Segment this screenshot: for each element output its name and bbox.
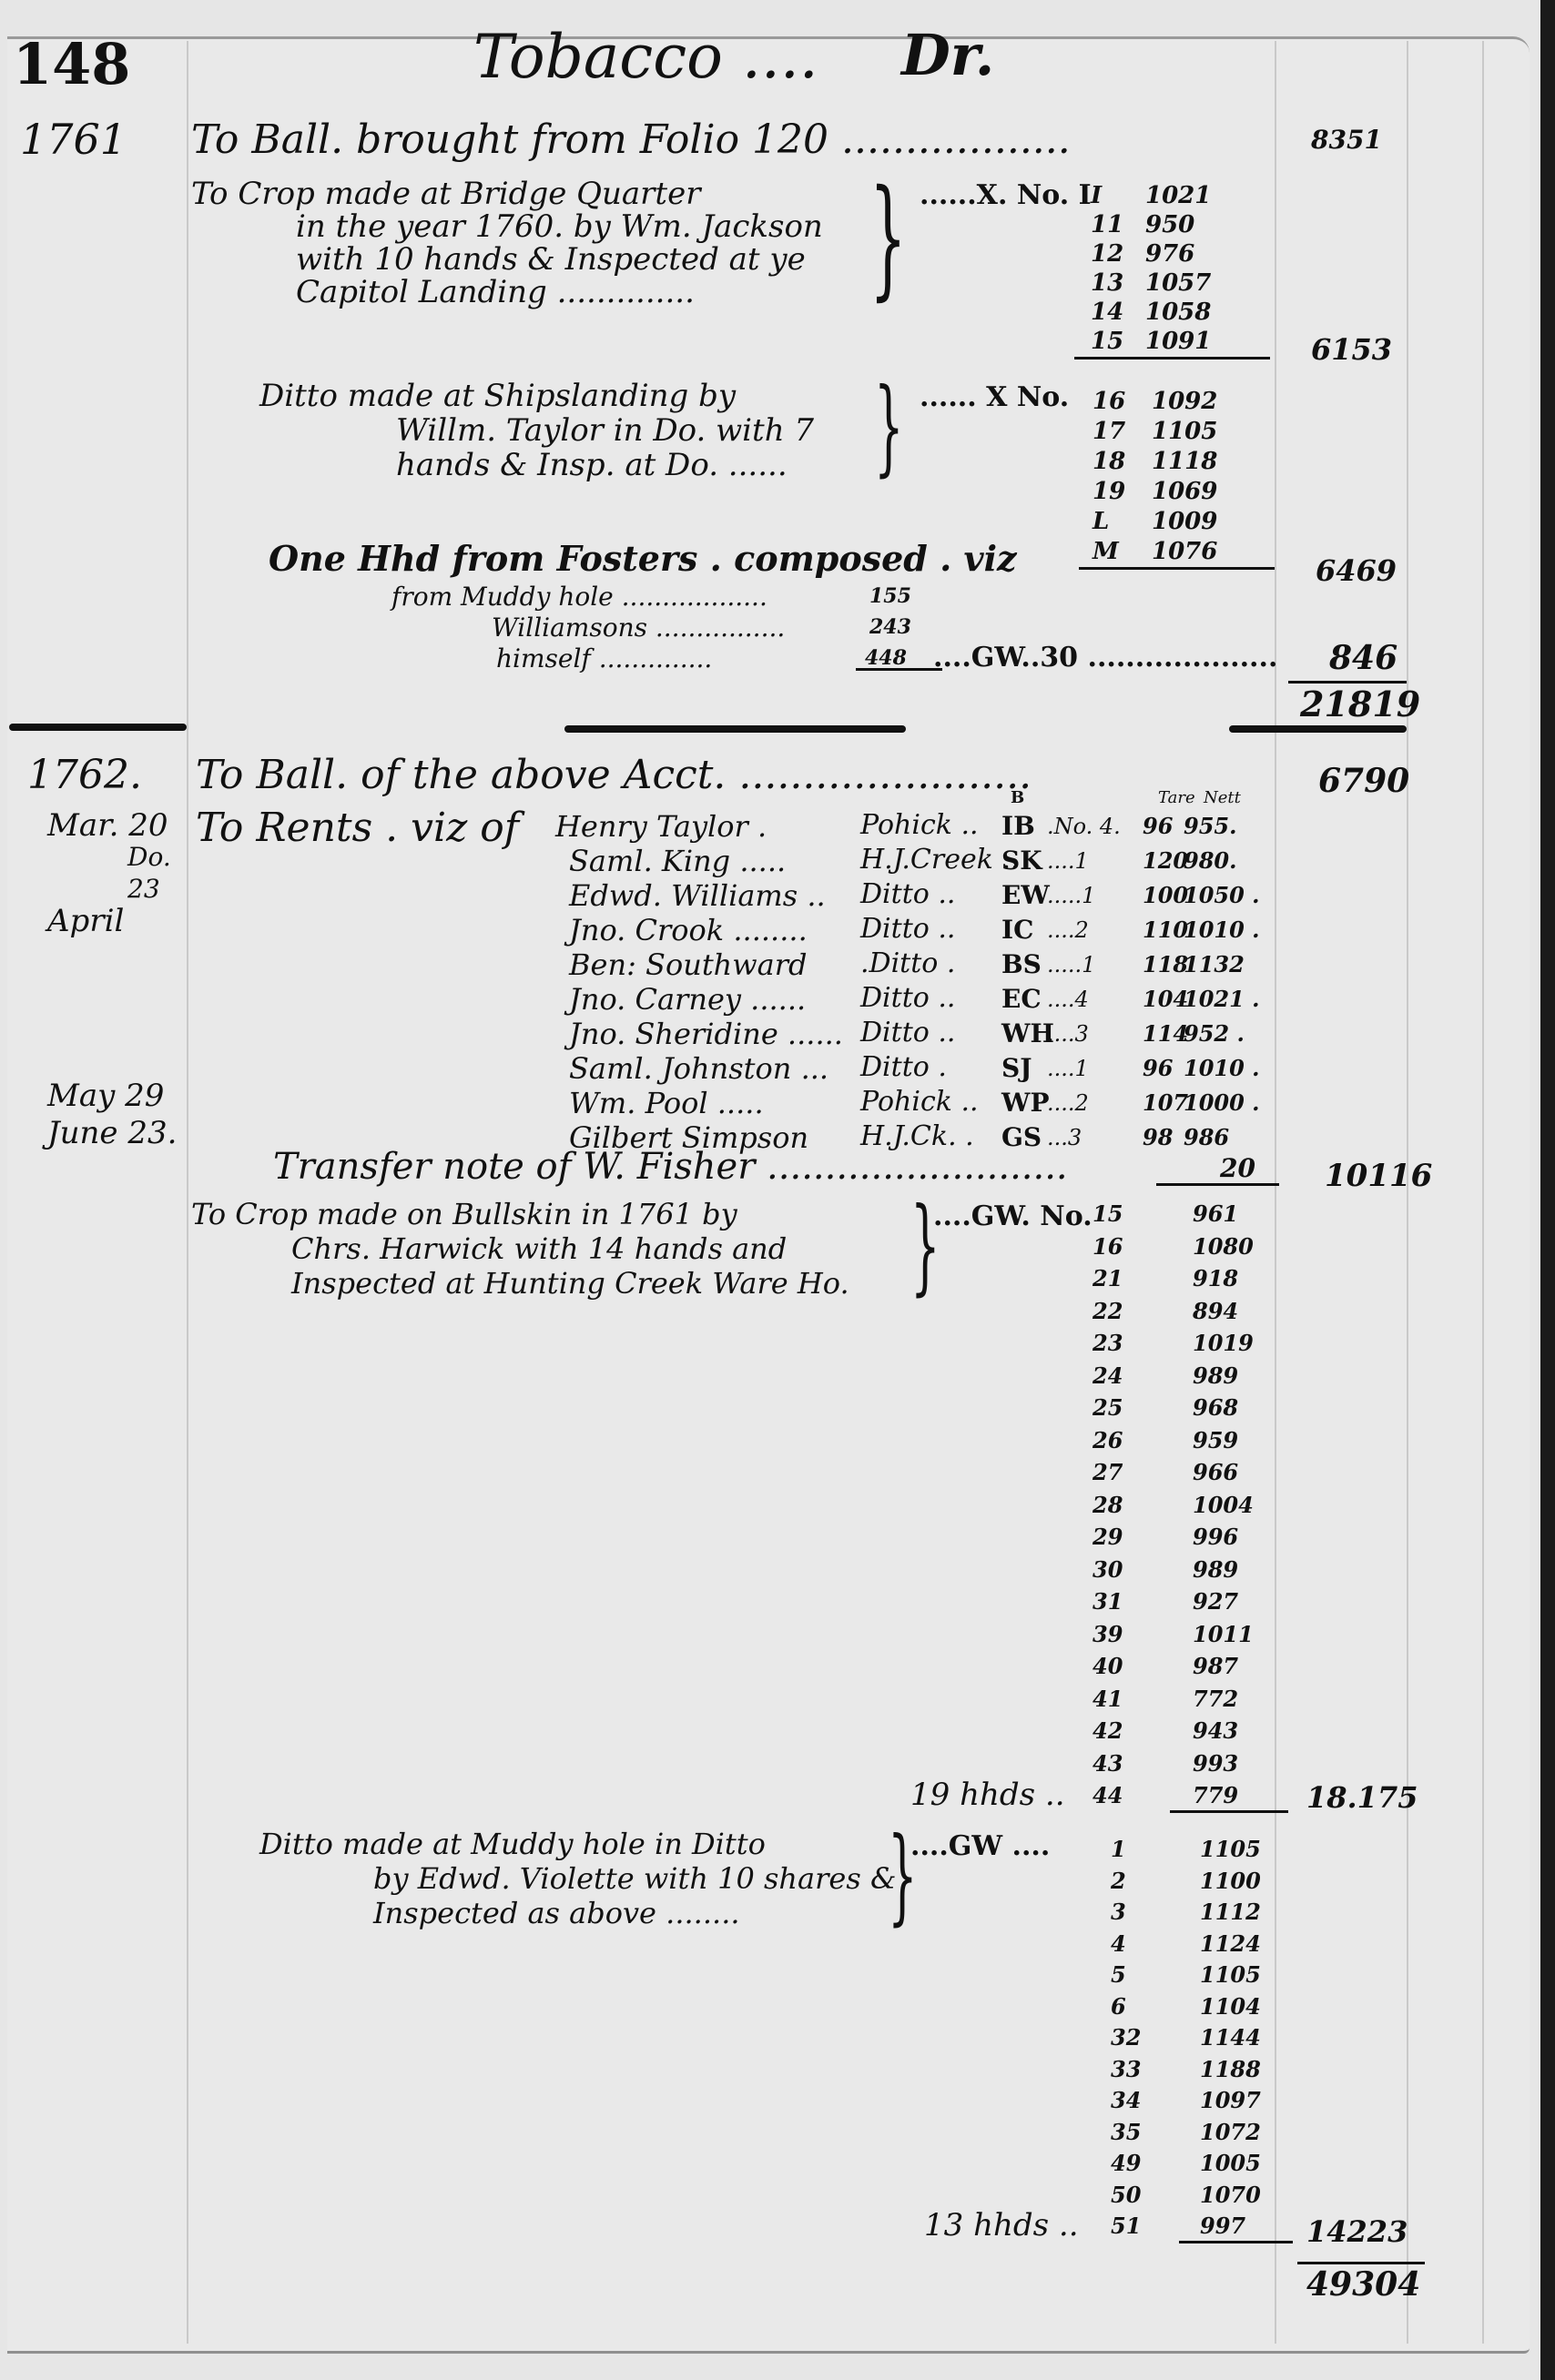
hogshead-number: 24 bbox=[1093, 1365, 1123, 1387]
rent-place: Ditto .. bbox=[860, 916, 955, 943]
hogshead-weight: 894 bbox=[1193, 1301, 1238, 1322]
hogshead-weight: 1069 bbox=[1152, 480, 1217, 503]
hogshead-number: 32 bbox=[1111, 2027, 1141, 2049]
rent-tenant: Jno. Sheridine ...... bbox=[569, 1019, 843, 1048]
rent-place: .Ditto . bbox=[860, 950, 955, 977]
rent-nett: 980. bbox=[1184, 850, 1236, 872]
hogshead-weight: 1058 bbox=[1145, 300, 1211, 324]
hogshead-weight: 1118 bbox=[1152, 450, 1217, 473]
hogshead-weight: 1019 bbox=[1193, 1332, 1254, 1354]
rent-date: May 29 bbox=[47, 1080, 164, 1111]
hogshead-number: 5 bbox=[1111, 1964, 1126, 1986]
hogshead-number: 4 bbox=[1111, 1933, 1126, 1955]
rent-tare: 107 bbox=[1143, 1092, 1188, 1114]
hogshead-weight: 779 bbox=[1193, 1785, 1238, 1807]
hogshead-number: I bbox=[1091, 184, 1102, 208]
hogshead-weight: 966 bbox=[1193, 1462, 1238, 1484]
entry-brace: } bbox=[874, 375, 904, 479]
entry-description-line: Chrs. Harwick with 14 hands and bbox=[291, 1234, 787, 1263]
entry-brace: } bbox=[869, 173, 907, 303]
rent-date: 23 bbox=[127, 876, 160, 902]
subtotal-rule bbox=[1079, 567, 1275, 570]
hogshead-weight: 1104 bbox=[1200, 1996, 1261, 2018]
hogshead-weight: 1091 bbox=[1145, 329, 1211, 353]
hogshead-weight: 1011 bbox=[1193, 1624, 1254, 1646]
entry-description-line: Capitol Landing .............. bbox=[296, 277, 695, 308]
rent-tare: 96 bbox=[1143, 1058, 1173, 1079]
hogshead-number: M bbox=[1093, 540, 1119, 563]
hogshead-number: 16 bbox=[1093, 390, 1125, 413]
hogshead-weight: 993 bbox=[1193, 1753, 1238, 1775]
fosters-part-amount: 448 bbox=[865, 648, 907, 668]
rent-mark: EW bbox=[1001, 883, 1050, 908]
entry-subtotal: 6153 bbox=[1311, 335, 1392, 364]
hogshead-weight: 950 bbox=[1145, 213, 1194, 237]
hogshead-number: 42 bbox=[1093, 1720, 1123, 1742]
entry-description-line: Inspected as above ........ bbox=[373, 1899, 740, 1928]
rents-subtotal-rule bbox=[1156, 1183, 1279, 1186]
hogshead-number: 30 bbox=[1093, 1559, 1123, 1581]
rents-label: To Rents . viz of bbox=[196, 808, 519, 848]
rent-hhd-no: ....1 bbox=[1047, 850, 1089, 872]
hogshead-weight: 1097 bbox=[1200, 2090, 1261, 2112]
hogshead-weight: 989 bbox=[1193, 1559, 1238, 1581]
hogshead-weight: 772 bbox=[1193, 1688, 1238, 1710]
rent-place: Ditto . bbox=[860, 1054, 947, 1081]
entry-mark: ....GW. No. bbox=[933, 1203, 1093, 1231]
hogshead-number: L bbox=[1093, 510, 1109, 533]
rent-nett: 1021 . bbox=[1184, 988, 1260, 1010]
hogshead-number: 26 bbox=[1093, 1430, 1123, 1452]
rent-hhd-no: .....1 bbox=[1047, 885, 1095, 906]
rent-tare: 110 bbox=[1143, 919, 1188, 941]
hogshead-number: 3 bbox=[1111, 1901, 1126, 1923]
hogshead-number: 35 bbox=[1111, 2122, 1141, 2143]
hogshead-weight: 1004 bbox=[1193, 1494, 1254, 1516]
subtotal-rule bbox=[1074, 357, 1270, 360]
hogshead-number: 49 bbox=[1111, 2152, 1141, 2174]
rent-mark: EC bbox=[1001, 987, 1042, 1012]
hogshead-weight: 1057 bbox=[1145, 271, 1211, 295]
folio-number: 148 bbox=[13, 36, 130, 93]
rents-tare-header: Tare bbox=[1158, 790, 1195, 806]
hogshead-weight: 987 bbox=[1193, 1656, 1238, 1677]
hogshead-weight: 1072 bbox=[1200, 2122, 1261, 2143]
rent-tare: 104 bbox=[1143, 988, 1188, 1010]
rent-nett: 1000 . bbox=[1184, 1092, 1260, 1114]
hogshead-number: 17 bbox=[1093, 420, 1125, 443]
hogshead-number: 18 bbox=[1093, 450, 1125, 473]
hogshead-number: 25 bbox=[1093, 1397, 1123, 1419]
ledger-page: 148 Tobacco .... Dr. 1761 To Ball. broug… bbox=[0, 0, 1555, 2380]
year-1762: 1762. bbox=[27, 755, 142, 795]
hogshead-weight: 968 bbox=[1193, 1397, 1238, 1419]
balance-1761-text: To Ball. brought from Folio 120 ........… bbox=[191, 120, 1071, 160]
hogshead-weight: 1080 bbox=[1193, 1236, 1254, 1258]
fosters-amount: 846 bbox=[1329, 642, 1397, 674]
date-column-rule bbox=[187, 41, 188, 2344]
fosters-part-amount: 243 bbox=[869, 617, 911, 637]
hogshead-number: 51 bbox=[1111, 2215, 1141, 2237]
hogshead-weight: 1124 bbox=[1200, 1933, 1261, 1955]
hogshead-number: 27 bbox=[1093, 1462, 1123, 1484]
hogshead-weight: 997 bbox=[1200, 2215, 1245, 2237]
fosters-rule bbox=[856, 668, 942, 671]
hogshead-weight: 1188 bbox=[1200, 2059, 1261, 2081]
hogshead-number: 43 bbox=[1093, 1753, 1123, 1775]
hogshead-number: 14 bbox=[1091, 300, 1123, 324]
rent-tenant: Jno. Carney ...... bbox=[569, 985, 806, 1014]
hogshead-weight: 996 bbox=[1193, 1526, 1238, 1548]
rent-tenant: Ben: Southward bbox=[569, 950, 808, 979]
rent-tenant: Edwd. Williams .. bbox=[569, 881, 826, 910]
rent-place: Ditto .. bbox=[860, 985, 955, 1012]
rent-tenant: Wm. Pool ..... bbox=[569, 1089, 764, 1118]
rent-tenant: Henry Taylor . bbox=[555, 812, 767, 841]
fosters-mark: ....GW..30 .................... bbox=[933, 644, 1277, 672]
hogshead-weight: 1005 bbox=[1200, 2152, 1261, 2174]
rent-place: Pohick .. bbox=[860, 812, 979, 839]
hogshead-number: 12 bbox=[1091, 242, 1123, 266]
entry-description-line: in the year 1760. by Wm. Jackson bbox=[296, 211, 823, 242]
rent-place: Pohick .. bbox=[860, 1089, 979, 1116]
rent-tare: 120 bbox=[1143, 850, 1188, 872]
rent-place: H.J.Creek .. bbox=[860, 846, 1020, 874]
hogshead-weight: 1070 bbox=[1200, 2184, 1261, 2206]
entry-mark: ......X. No. I bbox=[920, 182, 1092, 209]
hogshead-weight: 976 bbox=[1145, 242, 1194, 266]
hogshead-weight: 918 bbox=[1193, 1268, 1238, 1290]
rent-place: Ditto .. bbox=[860, 1019, 955, 1047]
hogshead-number: 13 bbox=[1091, 271, 1123, 295]
subtotal-rule bbox=[1179, 2241, 1293, 2243]
rent-place: Ditto .. bbox=[860, 881, 955, 908]
rent-date: Do. bbox=[127, 845, 171, 870]
hogshead-number: 15 bbox=[1091, 329, 1123, 353]
hogshead-count: 19 hhds .. bbox=[910, 1779, 1065, 1810]
hogshead-weight: 1021 bbox=[1145, 184, 1211, 208]
entry-description-line: To Crop made at Bridge Quarter bbox=[191, 178, 700, 209]
hogshead-weight: 959 bbox=[1193, 1430, 1238, 1452]
hogshead-number: 23 bbox=[1093, 1332, 1123, 1354]
rent-date: Mar. 20 bbox=[47, 810, 168, 841]
rent-nett: 1010 . bbox=[1184, 919, 1260, 941]
separator-center bbox=[564, 725, 906, 733]
hogshead-weight: 943 bbox=[1193, 1720, 1238, 1742]
debtor-label: Dr. bbox=[901, 27, 994, 84]
entry-subtotal: 18.175 bbox=[1306, 1783, 1418, 1812]
entry-description-line: Inspected at Hunting Creek Ware Ho. bbox=[291, 1269, 849, 1298]
rent-tenant: Jno. Crook ........ bbox=[569, 916, 808, 945]
rent-nett: 986 bbox=[1184, 1127, 1229, 1149]
balance-1762-text: To Ball. of the above Acct. ............… bbox=[196, 755, 1032, 795]
rent-hhd-no: ....3 bbox=[1047, 1023, 1089, 1045]
hogshead-number: 11 bbox=[1091, 213, 1123, 237]
rent-date: June 23. bbox=[47, 1118, 177, 1149]
total-1761: 21819 bbox=[1300, 687, 1420, 722]
hogshead-number: 33 bbox=[1111, 2059, 1141, 2081]
page-title: Tobacco .... bbox=[473, 27, 818, 87]
hogshead-number: 34 bbox=[1111, 2090, 1141, 2112]
subtotal-column-rule bbox=[1275, 41, 1276, 2344]
rent-tare: 96 bbox=[1143, 815, 1173, 837]
rent-tare: 100 bbox=[1143, 885, 1188, 906]
fosters-part-label: from Muddy hole .................. bbox=[391, 584, 767, 610]
entry-description-line: Ditto made at Shipslanding by bbox=[259, 380, 736, 411]
hogshead-weight: 1105 bbox=[1152, 420, 1217, 443]
hogshead-weight: 1076 bbox=[1152, 540, 1217, 563]
entry-mark: ...... X No. bbox=[920, 384, 1069, 411]
hogshead-number: 50 bbox=[1111, 2184, 1141, 2206]
hogshead-number: 19 bbox=[1093, 480, 1125, 503]
rents-mark-header: B bbox=[1011, 790, 1024, 806]
hogshead-number: 44 bbox=[1093, 1785, 1123, 1807]
rent-date: April bbox=[47, 906, 124, 937]
hogshead-number: 6 bbox=[1111, 1996, 1126, 2018]
book-spine-edge bbox=[1540, 0, 1555, 2380]
rent-tenant: Saml. Johnston ... bbox=[569, 1054, 828, 1083]
rent-mark: IC bbox=[1001, 917, 1033, 943]
balance-1762-amount: 6790 bbox=[1318, 765, 1409, 797]
hogshead-number: 15 bbox=[1093, 1203, 1123, 1225]
grand-total: 49304 bbox=[1306, 2268, 1420, 2301]
rent-nett: 955. bbox=[1184, 815, 1236, 837]
hogshead-number: 22 bbox=[1093, 1301, 1123, 1322]
hogshead-number: 41 bbox=[1093, 1688, 1123, 1710]
entry-description-line: Ditto made at Muddy hole in Ditto bbox=[259, 1829, 766, 1858]
rent-tare: 98 bbox=[1143, 1127, 1173, 1149]
fosters-part-amount: 155 bbox=[869, 586, 911, 606]
hogshead-number: 31 bbox=[1093, 1591, 1123, 1613]
entry-mark: ....GW .... bbox=[910, 1833, 1050, 1860]
hogshead-number: 1 bbox=[1111, 1838, 1126, 1860]
entry-description-line: with 10 hands & Inspected at ye bbox=[296, 244, 806, 275]
rent-hhd-no: .....1 bbox=[1047, 954, 1095, 976]
rent-tenant: Saml. King ..... bbox=[569, 846, 786, 876]
hogshead-weight: 1105 bbox=[1200, 1838, 1261, 1860]
hogshead-weight: 961 bbox=[1193, 1203, 1238, 1225]
rents-subtotal: 10116 bbox=[1325, 1160, 1432, 1191]
transfer-note-amount: 20 bbox=[1220, 1156, 1255, 1181]
hogshead-count: 13 hhds .. bbox=[924, 2210, 1079, 2241]
rent-hhd-no: ....4 bbox=[1047, 988, 1089, 1010]
rent-tare: 118 bbox=[1143, 954, 1188, 976]
rent-mark: BS bbox=[1001, 952, 1042, 977]
entry-subtotal: 6469 bbox=[1316, 556, 1397, 585]
balance-1761-amount: 8351 bbox=[1311, 127, 1382, 153]
hogshead-weight: 1100 bbox=[1200, 1870, 1261, 1892]
subtotal-rule bbox=[1170, 1810, 1288, 1813]
rent-hhd-no: ....1 bbox=[1047, 1058, 1089, 1079]
rent-nett: 1010 . bbox=[1184, 1058, 1260, 1079]
hogshead-number: 2 bbox=[1111, 1870, 1126, 1892]
entry-description-line: Willm. Taylor in Do. with 7 bbox=[396, 415, 814, 446]
hogshead-number: 21 bbox=[1093, 1268, 1123, 1290]
rents-nett-header: Nett bbox=[1204, 790, 1241, 806]
year-1761: 1761 bbox=[20, 118, 127, 160]
hogshead-weight: 1105 bbox=[1200, 1964, 1261, 1986]
rent-hhd-no: ....2 bbox=[1047, 1092, 1089, 1114]
entry-description-line: by Edwd. Violette with 10 shares & bbox=[373, 1864, 896, 1893]
margin-column-rule bbox=[1482, 41, 1484, 2344]
hogshead-number: 39 bbox=[1093, 1624, 1123, 1646]
fosters-part-label: himself .............. bbox=[496, 646, 712, 672]
rent-nett: 1132 bbox=[1184, 954, 1245, 976]
entry-description-line: hands & Insp. at Do. ...... bbox=[396, 450, 788, 481]
hogshead-number: 16 bbox=[1093, 1236, 1123, 1258]
separator-left bbox=[9, 724, 187, 731]
hogshead-weight: 1144 bbox=[1200, 2027, 1261, 2049]
entry-description-line: To Crop made on Bullskin in 1761 by bbox=[191, 1200, 737, 1229]
entry-subtotal: 14223 bbox=[1306, 2217, 1408, 2246]
rent-nett: 1050 . bbox=[1184, 885, 1260, 906]
hogshead-weight: 1009 bbox=[1152, 510, 1217, 533]
rent-mark: SJ bbox=[1001, 1056, 1032, 1081]
rent-hhd-no: .No. 4. bbox=[1047, 815, 1121, 837]
hogshead-weight: 927 bbox=[1193, 1591, 1238, 1613]
hogshead-weight: 989 bbox=[1193, 1365, 1238, 1387]
separator-right bbox=[1229, 725, 1407, 733]
hogshead-weight: 1112 bbox=[1200, 1901, 1261, 1923]
hogshead-number: 29 bbox=[1093, 1526, 1123, 1548]
grand-total-rule bbox=[1297, 2262, 1425, 2264]
rent-nett: 952 . bbox=[1184, 1023, 1245, 1045]
hogshead-weight: 1092 bbox=[1152, 390, 1217, 413]
rent-mark: IB bbox=[1001, 814, 1035, 839]
rent-tare: 114 bbox=[1143, 1023, 1188, 1045]
rent-mark: SK bbox=[1001, 848, 1042, 874]
ledger-sheet bbox=[7, 36, 1530, 2354]
rent-hhd-no: ....2 bbox=[1047, 919, 1089, 941]
transfer-note-text: Transfer note of W. Fisher .............… bbox=[273, 1149, 1068, 1185]
hogshead-number: 28 bbox=[1093, 1494, 1123, 1516]
rent-mark: WP bbox=[1001, 1090, 1050, 1116]
fosters-heading: One Hhd from Fosters . composed . viz bbox=[269, 542, 1017, 576]
fosters-part-label: Williamsons ................ bbox=[492, 615, 785, 641]
hogshead-number: 40 bbox=[1093, 1656, 1123, 1677]
